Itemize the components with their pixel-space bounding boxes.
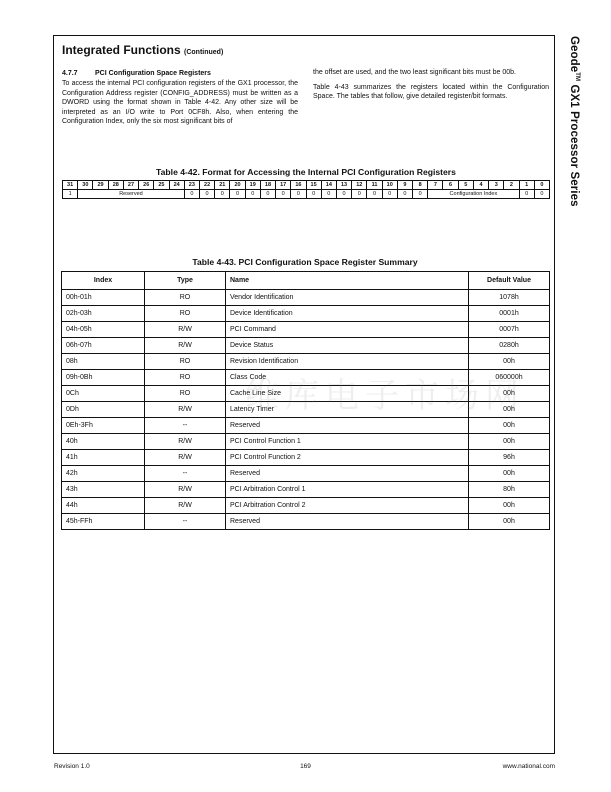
cell-type: R/W (145, 482, 226, 498)
paragraph-3: Table 4-43 summarizes the registers loca… (313, 83, 549, 102)
header-default-value: Default Value (469, 272, 550, 290)
cell-name: Reserved (226, 418, 469, 434)
bit-field-cell: 0 (245, 190, 260, 199)
bit-field-cell: 0 (382, 190, 397, 199)
bit-field-cell: 0 (276, 190, 291, 199)
cell-default-value: 00h (469, 418, 550, 434)
table-row: 42h--Reserved00h (62, 466, 550, 482)
bit-field-cell: 0 (215, 190, 230, 199)
cell-default-value: 00h (469, 386, 550, 402)
trademark-mark: TM (574, 72, 580, 81)
cell-default-value: 00h (469, 498, 550, 514)
bit-header-cell: 31 (63, 181, 78, 190)
bit-field-cell: 0 (306, 190, 321, 199)
text-column-left: To access the internal PCI configuration… (62, 79, 298, 132)
cell-index: 0Dh (62, 402, 145, 418)
bit-header-cell: 1 (519, 181, 534, 190)
cell-index: 09h-0Bh (62, 370, 145, 386)
table-row: 0DhR/WLatency Timer00h (62, 402, 550, 418)
bit-header-cell: 19 (245, 181, 260, 190)
bit-header-cell: 30 (78, 181, 93, 190)
bit-field-cell: 0 (184, 190, 199, 199)
cell-type: -- (145, 466, 226, 482)
cell-index: 08h (62, 354, 145, 370)
cell-default-value: 80h (469, 482, 550, 498)
bit-field-cell: 0 (291, 190, 306, 199)
cell-type: RO (145, 290, 226, 306)
table-row: 0ChROCache Line Size00h (62, 386, 550, 402)
cell-index: 41h (62, 450, 145, 466)
cell-index: 0Eh-3Fh (62, 418, 145, 434)
cell-name: Class Code (226, 370, 469, 386)
cell-type: R/W (145, 338, 226, 354)
section-number: 4.7.7 (62, 70, 95, 77)
cell-default-value: 96h (469, 450, 550, 466)
bit-field-row: 1Reserved0000000000000000Configuration I… (63, 190, 550, 199)
table-row: 0Eh-3Fh--Reserved00h (62, 418, 550, 434)
bit-header-cell: 27 (123, 181, 138, 190)
bit-header-cell: 2 (504, 181, 519, 190)
bit-header-cell: 6 (443, 181, 458, 190)
cell-index: 44h (62, 498, 145, 514)
table-row: 09h-0BhROClass Code060000h (62, 370, 550, 386)
cell-index: 45h-FFh (62, 514, 145, 530)
cell-default-value: 1078h (469, 290, 550, 306)
paragraph-1: To access the internal PCI configuration… (62, 79, 298, 127)
cell-default-value: 00h (469, 354, 550, 370)
table-row: 41hR/WPCI Control Function 296h (62, 450, 550, 466)
page-title-suffix: (Continued) (184, 49, 223, 56)
side-title-brand: Geode (568, 36, 580, 72)
bit-header-cell: 13 (336, 181, 351, 190)
cell-type: RO (145, 306, 226, 322)
table-row: 43hR/WPCI Arbitration Control 180h (62, 482, 550, 498)
cell-type: RO (145, 370, 226, 386)
cell-name: PCI Control Function 1 (226, 434, 469, 450)
cell-index: 00h-01h (62, 290, 145, 306)
paragraph-2: the offset are used, and the two least s… (313, 68, 549, 78)
bit-header-cell: 24 (169, 181, 184, 190)
bit-field-cell: Reserved (78, 190, 185, 199)
bit-field-cell: 0 (199, 190, 214, 199)
bit-header-cell: 21 (215, 181, 230, 190)
bit-header-cell: 4 (473, 181, 488, 190)
cell-type: R/W (145, 498, 226, 514)
bit-format-table: 3130292827262524232221201918171615141312… (62, 180, 550, 199)
bit-header-cell: 22 (199, 181, 214, 190)
side-title-rest: GX1 Processor Series (568, 81, 580, 206)
cell-default-value: 00h (469, 434, 550, 450)
cell-type: -- (145, 418, 226, 434)
cell-default-value: 0001h (469, 306, 550, 322)
bit-header-cell: 18 (260, 181, 275, 190)
bit-header-cell: 5 (458, 181, 473, 190)
bit-field-cell: 0 (260, 190, 275, 199)
table-row: 08hRORevision Identification00h (62, 354, 550, 370)
bit-field-cell: 0 (352, 190, 367, 199)
bit-field-cell: 0 (230, 190, 245, 199)
cell-name: Vendor Identification (226, 290, 469, 306)
bit-field-cell: 0 (397, 190, 412, 199)
table-row: 02h-03hRODevice Identification0001h (62, 306, 550, 322)
bit-header-cell: 25 (154, 181, 169, 190)
bit-header-cell: 28 (108, 181, 123, 190)
page-title: Integrated Functions (Continued) (62, 43, 223, 57)
cell-default-value: 00h (469, 514, 550, 530)
bit-header-cell: 11 (367, 181, 382, 190)
bit-field-cell: 0 (321, 190, 336, 199)
cell-index: 42h (62, 466, 145, 482)
bit-header-cell: 26 (139, 181, 154, 190)
bit-header-cell: 15 (306, 181, 321, 190)
table-row: 04h-05hR/WPCI Command0007h (62, 322, 550, 338)
table-row: 44hR/WPCI Arbitration Control 200h (62, 498, 550, 514)
footer-website: www.national.com (503, 763, 555, 770)
bit-header-cell: 20 (230, 181, 245, 190)
cell-index: 06h-07h (62, 338, 145, 354)
bit-header-cell: 9 (397, 181, 412, 190)
table-4-43-caption: Table 4-43. PCI Configuration Space Regi… (61, 257, 549, 267)
cell-index: 0Ch (62, 386, 145, 402)
cell-default-value: 00h (469, 466, 550, 482)
cell-name: Reserved (226, 466, 469, 482)
table-row: 06h-07hR/WDevice Status0280h (62, 338, 550, 354)
cell-index: 43h (62, 482, 145, 498)
cell-type: RO (145, 354, 226, 370)
table-4-42-caption: Table 4-42. Format for Accessing the Int… (62, 167, 550, 177)
cell-default-value: 0007h (469, 322, 550, 338)
cell-name: Revision Identification (226, 354, 469, 370)
bit-field-cell: 0 (519, 190, 534, 199)
cell-index: 40h (62, 434, 145, 450)
table-row: 00h-01hROVendor Identification1078h (62, 290, 550, 306)
table-row: 45h-FFh--Reserved00h (62, 514, 550, 530)
bit-header-cell: 29 (93, 181, 108, 190)
cell-type: -- (145, 514, 226, 530)
bit-header-cell: 10 (382, 181, 397, 190)
cell-name: Device Status (226, 338, 469, 354)
bit-header-cell: 14 (321, 181, 336, 190)
cell-index: 02h-03h (62, 306, 145, 322)
cell-name: Latency Timer (226, 402, 469, 418)
page-title-main: Integrated Functions (62, 43, 181, 57)
bit-field-cell: 0 (413, 190, 428, 199)
bit-field-cell: 0 (336, 190, 351, 199)
section-heading: 4.7.7PCI Configuration Space Registers (62, 70, 211, 77)
bit-number-row: 3130292827262524232221201918171615141312… (63, 181, 550, 190)
cell-name: PCI Control Function 2 (226, 450, 469, 466)
section-title: PCI Configuration Space Registers (95, 70, 211, 77)
cell-name: Device Identification (226, 306, 469, 322)
bit-field-cell: Configuration Index (428, 190, 519, 199)
cell-name: Reserved (226, 514, 469, 530)
header-name: Name (226, 272, 469, 290)
text-column-right: the offset are used, and the two least s… (313, 68, 549, 107)
header-type: Type (145, 272, 226, 290)
cell-name: Cache Line Size (226, 386, 469, 402)
header-index: Index (62, 272, 145, 290)
bit-header-cell: 7 (428, 181, 443, 190)
bit-header-cell: 16 (291, 181, 306, 190)
table-row: 40hR/WPCI Control Function 100h (62, 434, 550, 450)
cell-name: PCI Command (226, 322, 469, 338)
cell-name: PCI Arbitration Control 2 (226, 498, 469, 514)
bit-field-cell: 1 (63, 190, 78, 199)
cell-default-value: 00h (469, 402, 550, 418)
cell-type: R/W (145, 434, 226, 450)
bit-header-cell: 17 (276, 181, 291, 190)
cell-default-value: 060000h (469, 370, 550, 386)
cell-default-value: 0280h (469, 338, 550, 354)
bit-header-cell: 23 (184, 181, 199, 190)
cell-type: RO (145, 386, 226, 402)
summary-header-row: Index Type Name Default Value (62, 272, 550, 290)
bit-field-cell: 0 (534, 190, 549, 199)
bit-field-cell: 0 (367, 190, 382, 199)
cell-type: R/W (145, 450, 226, 466)
bit-header-cell: 12 (352, 181, 367, 190)
register-summary-table: Index Type Name Default Value 00h-01hROV… (61, 271, 550, 530)
cell-name: PCI Arbitration Control 1 (226, 482, 469, 498)
side-title: GeodeTM GX1 Processor Series (563, 36, 585, 226)
cell-type: R/W (145, 402, 226, 418)
bit-header-cell: 0 (534, 181, 549, 190)
cell-index: 04h-05h (62, 322, 145, 338)
bit-header-cell: 3 (489, 181, 504, 190)
bit-header-cell: 8 (413, 181, 428, 190)
cell-type: R/W (145, 322, 226, 338)
